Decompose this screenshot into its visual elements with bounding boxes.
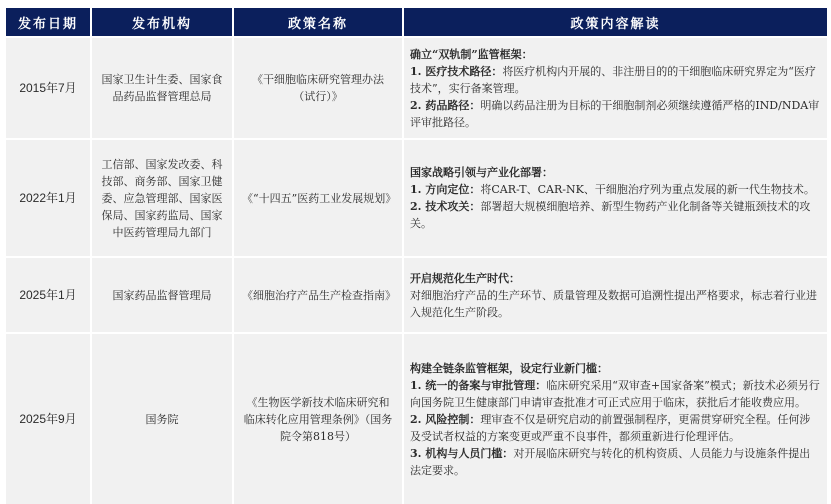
cell-org: 国务院 (92, 334, 232, 504)
header-policy-name: 政策名称 (234, 8, 402, 36)
content-item: 1. 统一的备案与审批管理：临床研究采用“双审查+国家备案”模式；新技术必须另行… (410, 377, 821, 411)
cell-policy-content: 确立“双轨制”监管框架： 1. 医疗技术路径：将医疗机构内开展的、非注册目的的干… (404, 38, 827, 138)
content-item: 2. 风险控制：理审查不仅是研究启动的前置强制程序，更需贯穿研究全程。任何涉及受… (410, 411, 821, 445)
content-item-label: 2. 技术攻关： (410, 200, 480, 213)
table-row: 2022年1月 工信部、国家发改委、科技部、商务部、国家卫健委、应急管理部、国家… (6, 140, 827, 256)
cell-policy-name: 《干细胞临床研究管理办法（试行）》 (234, 38, 402, 138)
content-item-label: 2. 风险控制： (410, 413, 480, 426)
content-item: 1. 医疗技术路径：将医疗机构内开展的、非注册目的的干细胞临床研究界定为“医疗技… (410, 63, 821, 97)
cell-date: 2025年1月 (6, 258, 90, 332)
header-org: 发布机构 (92, 8, 232, 36)
cell-policy-content: 构建全链条监管框架，设定行业新门槛： 1. 统一的备案与审批管理：临床研究采用“… (404, 334, 827, 504)
content-title: 构建全链条监管框架，设定行业新门槛： (410, 360, 821, 377)
cell-policy-name: 《细胞治疗产品生产检查指南》 (234, 258, 402, 332)
content-item-label: 1. 统一的备案与审批管理： (410, 379, 546, 392)
cell-policy-content: 开启规范化生产时代： 对细胞治疗产品的生产环节、质量管理及数据可追溯性提出严格要… (404, 258, 827, 332)
cell-date: 2015年7月 (6, 38, 90, 138)
table-row: 2015年7月 国家卫生计生委、国家食品药品监督管理总局 《干细胞临床研究管理办… (6, 38, 827, 138)
cell-date: 2022年1月 (6, 140, 90, 256)
table-row: 2025年1月 国家药品监督管理局 《细胞治疗产品生产检查指南》 开启规范化生产… (6, 258, 827, 332)
content-item-label: 3. 机构与人员门槛： (410, 447, 513, 460)
content-title: 国家战略引领与产业化部署： (410, 164, 821, 181)
content-item-label: 1. 方向定位： (410, 183, 480, 196)
cell-policy-name: 《生物医学新技术临床研究和临床转化应用管理条例》（国务院令第818号） (234, 334, 402, 504)
cell-org: 国家药品监督管理局 (92, 258, 232, 332)
content-item: 对细胞治疗产品的生产环节、质量管理及数据可追溯性提出严格要求，标志着行业进入规范… (410, 287, 821, 321)
table-row: 2025年9月 国务院 《生物医学新技术临床研究和临床转化应用管理条例》（国务院… (6, 334, 827, 504)
content-item-label: 2. 药品路径： (410, 99, 480, 112)
content-item-text: 对细胞治疗产品的生产环节、质量管理及数据可追溯性提出严格要求，标志着行业进入规范… (410, 289, 817, 319)
policy-table: 发布日期 发布机构 政策名称 政策内容解读 2015年7月 国家卫生计生委、国家… (4, 6, 829, 504)
content-item: 1. 方向定位：将CAR-T、CAR-NK、干细胞治疗列为重点发展的新一代生物技… (410, 181, 821, 198)
content-item: 2. 药品路径：明确以药品注册为目标的干细胞制剂必须继续遵循严格的IND/NDA… (410, 97, 821, 131)
header-policy-content: 政策内容解读 (404, 8, 827, 36)
cell-policy-content: 国家战略引领与产业化部署： 1. 方向定位：将CAR-T、CAR-NK、干细胞治… (404, 140, 827, 256)
content-item-text: 将CAR-T、CAR-NK、干细胞治疗列为重点发展的新一代生物技术。 (480, 183, 815, 196)
cell-date: 2025年9月 (6, 334, 90, 504)
content-title: 确立“双轨制”监管框架： (410, 46, 821, 63)
cell-org: 工信部、国家发改委、科技部、商务部、国家卫健委、应急管理部、国家医保局、国家药监… (92, 140, 232, 256)
cell-org: 国家卫生计生委、国家食品药品监督管理总局 (92, 38, 232, 138)
content-item-label: 1. 医疗技术路径： (410, 65, 502, 78)
header-date: 发布日期 (6, 8, 90, 36)
content-title: 开启规范化生产时代： (410, 270, 821, 287)
content-item: 2. 技术攻关：部署超大规模细胞培养、新型生物药产业化制备等关键瓶颈技术的攻关。 (410, 198, 821, 232)
cell-policy-name: 《“十四五”医药工业发展规划》 (234, 140, 402, 256)
content-item: 3. 机构与人员门槛：对开展临床研究与转化的机构资质、人员能力与设施条件提出法定… (410, 445, 821, 479)
header-row: 发布日期 发布机构 政策名称 政策内容解读 (6, 8, 827, 36)
